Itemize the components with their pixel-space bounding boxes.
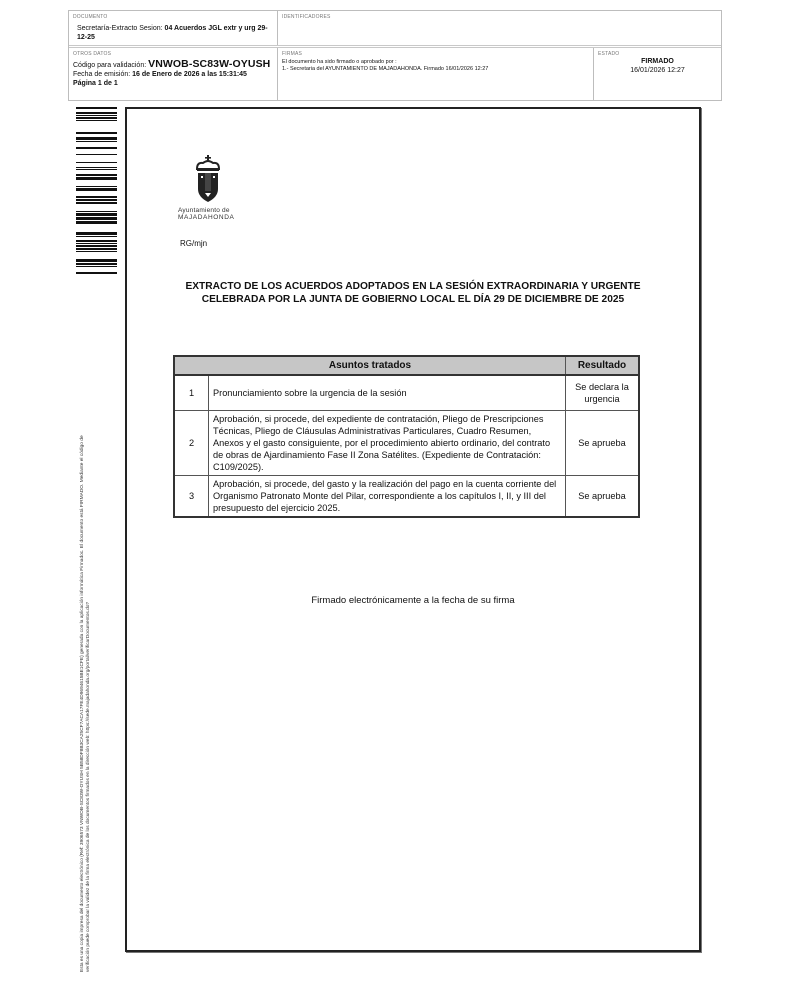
table-row: 2 Aprobación, si procede, del expediente… xyxy=(174,411,639,476)
barcode-icon xyxy=(76,107,117,277)
documento-label: DOCUMENTO xyxy=(73,14,273,20)
table-row: 3 Aprobación, si procede, del gasto y la… xyxy=(174,476,639,518)
verification-side-text: Esta es una copia impresa del documento … xyxy=(80,292,92,972)
logo-line2: MAJADAHONDA xyxy=(178,214,242,221)
estado-cell: ESTADO FIRMADO 16/01/2026 12:27 xyxy=(593,48,721,100)
otros-datos-label: OTROS DATOS xyxy=(73,51,273,57)
identificadores-label: IDENTIFICADORES xyxy=(282,14,717,20)
documento-cell: DOCUMENTO Secretaría-Extracto Sesion: 04… xyxy=(69,11,277,45)
document-name: Secretaría-Extracto Sesion: 04 Acuerdos … xyxy=(77,24,273,42)
signature-note: Firmado electrónicamente a la fecha de s… xyxy=(125,595,701,606)
page-title: EXTRACTO DE LOS ACUERDOS ADOPTADOS EN LA… xyxy=(178,280,648,306)
table-row: 1 Pronunciamiento sobre la urgencia de l… xyxy=(174,375,639,411)
coat-of-arms-icon xyxy=(193,155,223,203)
logo-line1: Ayuntamiento de xyxy=(178,207,242,214)
page-count: Página 1 de 1 xyxy=(73,79,273,88)
validation-code: Código para validación: VNWOB-SC83W-OYUS… xyxy=(73,60,273,70)
page-frame xyxy=(125,107,701,952)
identificadores-cell: IDENTIFICADORES xyxy=(277,11,721,45)
issue-date: Fecha de emisión: 16 de Enero de 2026 a … xyxy=(73,70,273,79)
firmas-intro: El documento ha sido firmado o aprobado … xyxy=(282,59,589,66)
status-badge: FIRMADO xyxy=(598,57,717,66)
firmas-cell: FIRMAS El documento ha sido firmado o ap… xyxy=(277,48,593,100)
document-reference: RG/mjn xyxy=(180,239,207,248)
municipal-logo: Ayuntamiento de MAJADAHONDA xyxy=(178,155,242,221)
firmas-signer: 1.- Secretaria del AYUNTAMIENTO DE MAJAD… xyxy=(282,66,589,73)
firmas-label: FIRMAS xyxy=(282,51,589,57)
document-info-header: DOCUMENTO Secretaría-Extracto Sesion: 04… xyxy=(68,10,722,101)
agreements-table: Asuntos tratados Resultado 1 Pronunciami… xyxy=(173,355,640,518)
header-resultado: Resultado xyxy=(566,356,640,375)
header-asuntos: Asuntos tratados xyxy=(174,356,566,375)
otros-datos-cell: OTROS DATOS Código para validación: VNWO… xyxy=(69,48,277,100)
status-date: 16/01/2026 12:27 xyxy=(630,67,685,74)
